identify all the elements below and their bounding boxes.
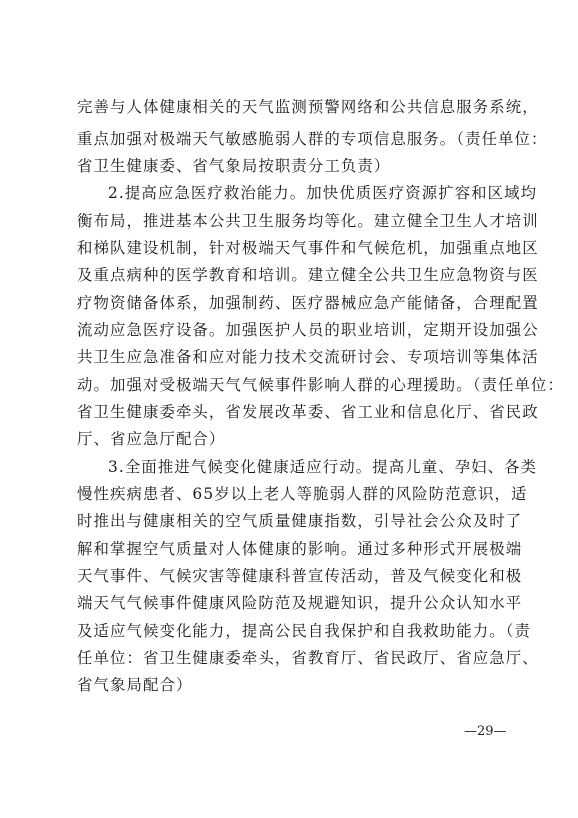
document-page: 完善与人体健康相关的天气监测预警网络和公共信息服务系统， 重点加强对极端天气敏感… bbox=[0, 0, 578, 818]
paragraph-3-line-8: 任单位：省卫生健康委牵头，省教育厅、省民政厅、省应急厅、 bbox=[77, 648, 511, 668]
paragraph-2-line-10: 厅、省应急厅配合） bbox=[77, 429, 511, 449]
paragraph-1-line-1: 完善与人体健康相关的天气监测预警网络和公共信息服务系统， bbox=[77, 97, 511, 117]
paragraph-3-line-7: 及适应气候变化能力，提高公民自我保护和自我救助能力。（责 bbox=[77, 621, 511, 641]
paragraph-2-line-4: 及重点病种的医学教育和培训。建立健全公共卫生应急物资与医 bbox=[77, 265, 511, 285]
page-number: —29— bbox=[464, 724, 507, 740]
paragraph-2-line-6: 流动应急医疗设备。加强医护人员的职业培训，定期开设加强公 bbox=[77, 320, 511, 340]
paragraph-1-line-2: 重点加强对极端天气敏感脆弱人群的专项信息服务。（责任单位： bbox=[77, 129, 511, 149]
paragraph-3-line-9: 省气象局配合） bbox=[77, 675, 511, 695]
paragraph-2-line-5: 疗物资储备体系，加强制药、医疗器械应急产能储备，合理配置 bbox=[77, 293, 511, 313]
paragraph-2-line-3: 和梯队建设机制，针对极端天气事件和气候危机，加强重点地区 bbox=[77, 238, 511, 258]
paragraph-3-line-5: 天气事件、气候灾害等健康科普宣传活动，普及气候变化和极 bbox=[77, 566, 511, 586]
paragraph-2-line-8: 动。加强对受极端天气气候事件影响人群的心理援助。（责任单位： bbox=[77, 375, 511, 395]
paragraph-3-line-3: 时推出与健康相关的空气质量健康指数，引导社会公众及时了 bbox=[77, 511, 511, 531]
paragraph-1-line-3: 省卫生健康委、省气象局按职责分工负责） bbox=[77, 156, 511, 176]
paragraph-3-line-1: 3.全面推进气候变化健康适应行动。提高儿童、孕妇、各类 bbox=[108, 457, 511, 477]
paragraph-3-line-4: 解和掌握空气质量对人体健康的影响。通过多种形式开展极端 bbox=[77, 539, 511, 559]
paragraph-2-line-2: 衡布局，推进基本公共卫生服务均等化。建立健全卫生人才培训 bbox=[77, 211, 511, 231]
paragraph-2-line-7: 共卫生应急准备和应对能力技术交流研讨会、专项培训等集体活 bbox=[77, 347, 511, 367]
paragraph-3-line-6: 端天气气候事件健康风险防范及规避知识，提升公众认知水平 bbox=[77, 593, 511, 613]
paragraph-2-line-9: 省卫生健康委牵头，省发展改革委、省工业和信息化厅、省民政 bbox=[77, 402, 511, 422]
paragraph-3-line-2: 慢性疾病患者、65岁以上老人等脆弱人群的风险防范意识，适 bbox=[77, 484, 511, 504]
paragraph-2-line-1: 2.提高应急医疗救治能力。加快优质医疗资源扩容和区域均 bbox=[108, 183, 511, 203]
